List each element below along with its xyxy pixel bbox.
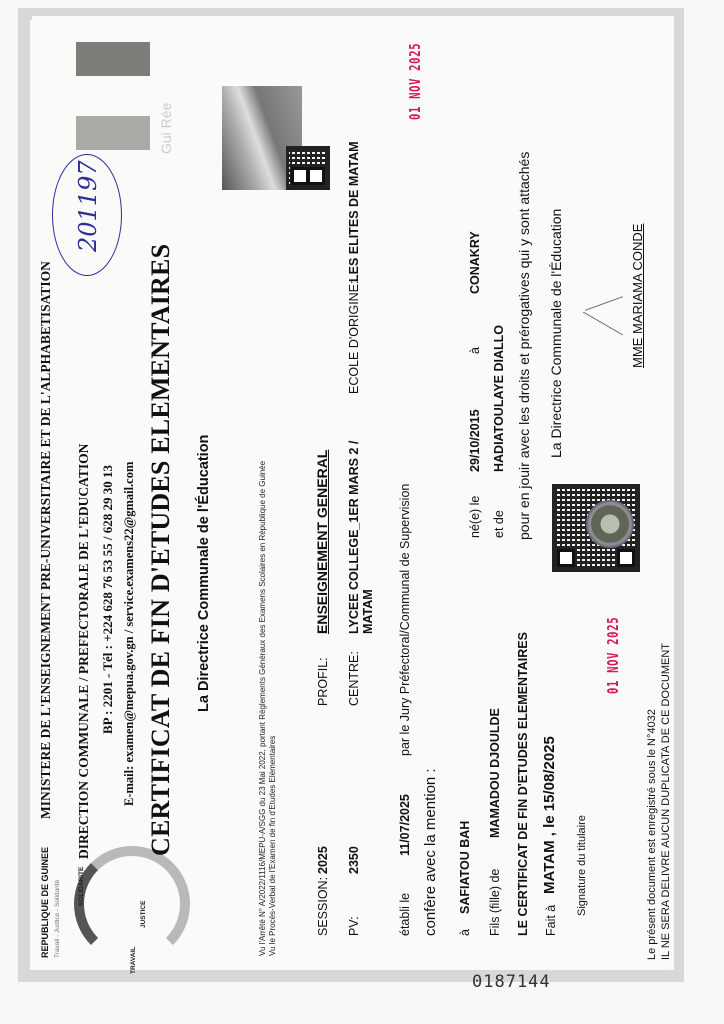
profil-label: PROFIL:: [316, 657, 330, 706]
ecole-origine-label: ECOLE D'ORIGINE:: [347, 280, 361, 394]
pv-label: PV:: [347, 916, 361, 936]
etabli-date: 11/07/2025: [398, 794, 412, 856]
centre-value-line2: MATAM: [361, 589, 375, 634]
ministry-name: MINISTERE DE L'ENSEIGNEMENT PRE-UNIVERSI…: [38, 261, 54, 819]
etabli-label: établi le: [398, 893, 412, 936]
contact-phone: BP : 2201 - Tél : +224 628 76 53 55 / 62…: [100, 465, 116, 734]
ecole-origine-value: LES ELITES DE MATAM: [347, 141, 361, 282]
birth-place: CONAKRY: [468, 231, 482, 294]
country-name: REPUBLIQUE DE GUINEE: [40, 847, 50, 958]
birth-date: 29/10/2015: [468, 409, 482, 472]
certificate-sheet: REPUBLIQUE DE GUINEE Travail - Justice -…: [0, 0, 724, 1024]
certificate-title: CERTIFICAT DE FIN D'ETUDES ELEMENTAIRES: [146, 244, 176, 856]
centre-value: LYCEE COLLEGE_1ER MARS 2 /: [347, 441, 361, 634]
issuer-heading: La Directrice Communale de l'Éducation: [196, 435, 212, 712]
no-duplicate-notice: IL NE SERA DELIVRE AUCUN DUPLICATA DE CE…: [660, 643, 672, 960]
holder-signature-label: Signature du titulaire: [576, 815, 588, 916]
profil-value: ENSEIGNEMENT GENERAL: [314, 450, 330, 634]
fait-place-date: MATAM , le 15/08/2025: [541, 736, 558, 894]
birth-label: né(e) le: [468, 496, 482, 538]
emblem-word-travail: TRAVAIL: [130, 947, 137, 974]
photo-qr-code: [286, 146, 330, 190]
legal-reference-pv: Vu le Procès-Verbal de l'Examen de fin d…: [268, 736, 277, 956]
certificate-name-line: LE CERTIFICAT DE FIN D'ETUDES ELEMENTAIR…: [516, 632, 530, 936]
watermark-text: Gui Rée: [158, 103, 174, 154]
redacted-block-2: [76, 116, 150, 150]
emblem-word-solidarite: SOLIDARITE: [78, 867, 85, 906]
session-label: SESSION:: [316, 877, 330, 936]
serial-number: 0187144: [472, 972, 551, 992]
birth-at-label: à: [468, 347, 482, 354]
director-name: MME MARIAMA CONDE: [630, 224, 645, 368]
date-stamp-bottom: 01 NOV 2025: [604, 617, 622, 694]
rights-text: pour en jouir avec les droits et préroga…: [516, 152, 532, 540]
father-label: Fils (fille) de: [488, 869, 502, 936]
confere-text: confère avec la mention :: [422, 768, 439, 936]
contact-email: E-mail: examen@mepua.gov.gn / service.ex…: [122, 462, 137, 806]
father-name: MAMADOU DJOULDE: [488, 708, 502, 838]
direction-name: DIRECTION COMMUNALE / PREFECTORALE DE L'…: [76, 444, 92, 859]
centre-label: CENTRE:: [347, 651, 361, 706]
session-value: 2025: [316, 846, 330, 874]
mother-name: HADIATOULAYE DIALLO: [492, 325, 506, 472]
date-stamp-top: 01 NOV 2025: [406, 43, 424, 120]
country-motto: Travail - Justice - Solidarité: [54, 880, 61, 958]
registration-number: Le présent document est enregistré sous …: [646, 709, 658, 960]
jury-text: par le Jury Préfectoral/Communal de Supe…: [398, 484, 412, 756]
fait-label: Fait à: [544, 905, 558, 936]
director-title: La Directrice Communale de l'Éducation: [548, 209, 564, 458]
handwritten-reference-number: 201197: [74, 160, 102, 252]
legal-reference-decree: Vu l'Arrêté N° A/2022/1116/MEPU-A/SGG du…: [258, 461, 267, 956]
official-seal: [586, 500, 634, 548]
holder-name: SAFIATOU BAH: [458, 821, 472, 914]
pv-value: 2350: [347, 846, 361, 874]
redacted-block-1: [76, 42, 150, 76]
mother-label: et de: [492, 510, 506, 538]
holder-a-label: à: [458, 929, 472, 936]
coat-of-arms-emblem: [74, 846, 190, 962]
emblem-word-justice: JUSTICE: [140, 901, 147, 928]
